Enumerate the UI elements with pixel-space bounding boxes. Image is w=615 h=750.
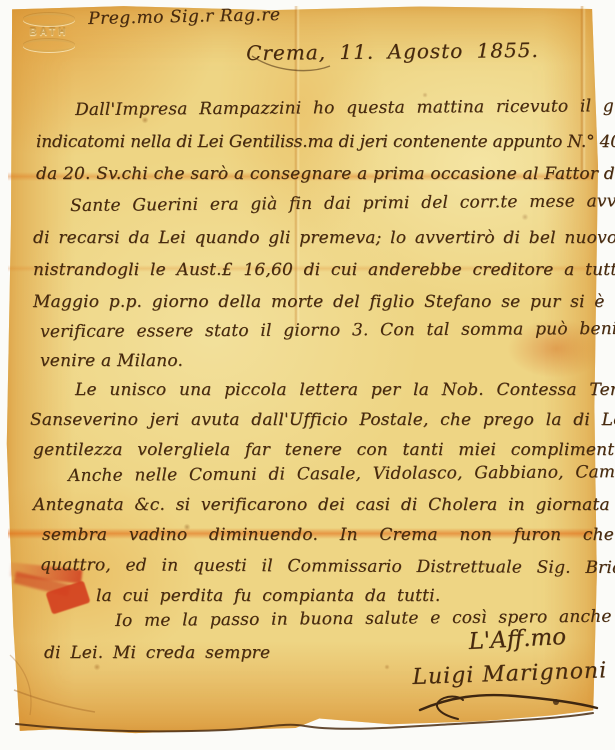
body-line: quattro, ed in questi il Commissario Dis… (40, 556, 615, 579)
body-line: di Lei. Mi creda sempre (44, 644, 270, 664)
body-line: la cui perdita fu compianta da tutti. (96, 587, 440, 607)
body-line: di recarsi da Lei quando gli premeva; lo… (33, 229, 615, 249)
dateline: Crema, 11. Agosto 1855. (246, 39, 539, 65)
body-line: Antegnata &c. si verificarono dei casi d… (33, 496, 615, 516)
body-line: venire a Milano. (40, 352, 183, 372)
body-line: nistrandogli le Aust.£ 16,60 di cui ande… (33, 261, 615, 281)
body-line: Sanseverino jeri avuta dall'Ufficio Post… (30, 411, 615, 431)
seal-ornament-bottom (23, 39, 75, 52)
recipient-heading: Preg.mo Sig.r Rag.re (88, 6, 281, 30)
seal-text: BATH (16, 27, 82, 38)
body-line: indicatomi nella di Lei Gentiliss.ma di … (36, 133, 615, 153)
letter-scan: BATH Preg.mo Sig.r Rag.re Crema, 11. Ago… (0, 0, 615, 750)
body-line: Le unisco una piccola lettera per la Nob… (75, 381, 615, 401)
body-line: gentilezza volergliela far tenere con ta… (33, 441, 615, 461)
body-line: Maggio p.p. giorno della morte del figli… (33, 293, 615, 313)
body-line: sembra vadino diminuendo. In Crema non f… (42, 526, 614, 546)
embossed-seal-icon: BATH (16, 12, 82, 66)
seal-ornament-top (23, 13, 75, 26)
body-line: Dall'Impresa Rampazzini ho questa mattin… (75, 97, 615, 121)
closing-salutation: L'Aff.mo (468, 624, 567, 656)
body-line: Anche nelle Comuni di Casale, Vidolasco,… (68, 463, 615, 487)
body-line: da 20. Sv.chi che sarò a consegnare a pr… (36, 165, 615, 185)
body-line: verificare essere stato il giorno 3. Con… (40, 320, 615, 343)
